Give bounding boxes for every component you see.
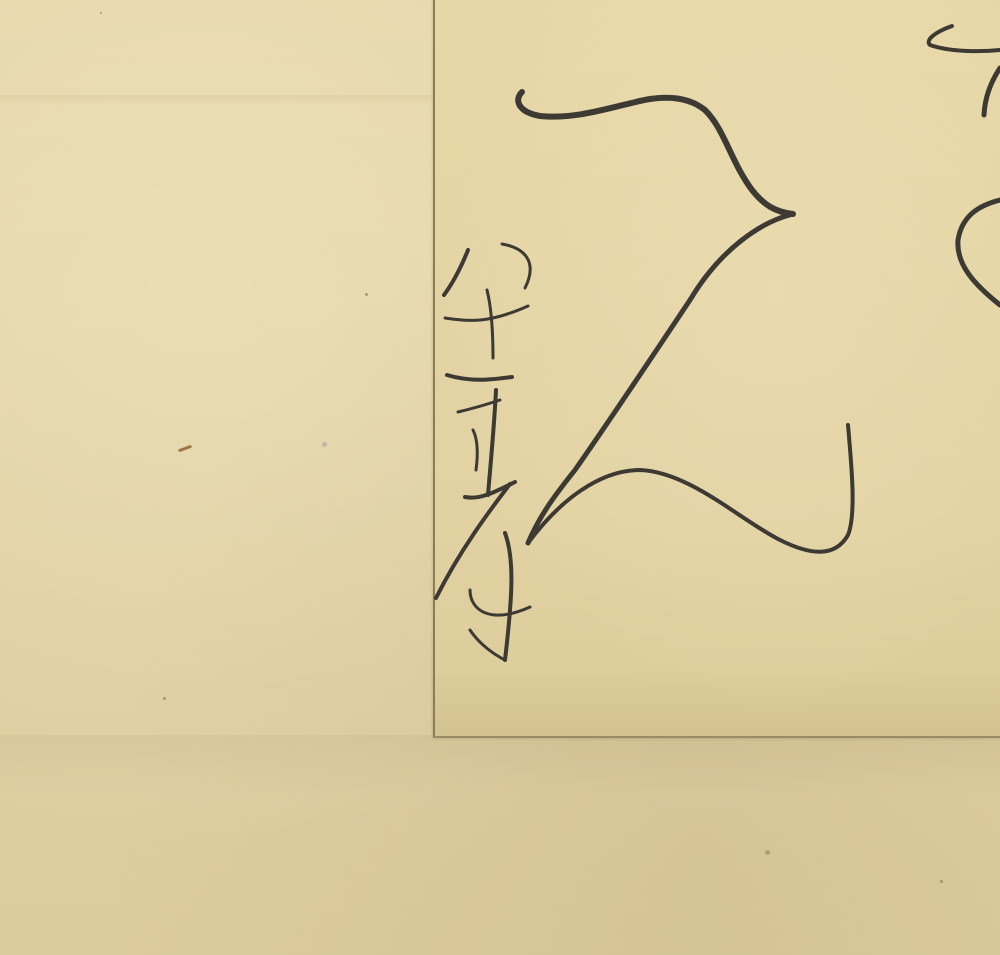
main-character-top-stroke bbox=[518, 92, 793, 214]
main-character-diagonal-stroke bbox=[528, 214, 793, 543]
signature-stroke bbox=[487, 290, 493, 358]
signature-stroke bbox=[445, 306, 528, 320]
signature-stroke bbox=[473, 430, 477, 470]
signature-stroke bbox=[488, 390, 496, 495]
signature-stroke bbox=[505, 533, 511, 660]
calligraphy-ink bbox=[0, 0, 1000, 955]
right-character-stroke bbox=[929, 26, 1000, 51]
signature-stroke bbox=[444, 250, 468, 295]
signature-stroke bbox=[447, 375, 512, 380]
signature-stroke bbox=[502, 244, 530, 288]
right-character-stroke bbox=[984, 68, 1000, 115]
scroll-mount-paper bbox=[0, 0, 1000, 955]
signature-stroke bbox=[436, 484, 510, 598]
signature-stroke bbox=[470, 590, 530, 615]
signature-stroke bbox=[470, 630, 505, 660]
right-character-stroke bbox=[958, 200, 1000, 305]
main-character-lower-stroke bbox=[528, 425, 853, 552]
